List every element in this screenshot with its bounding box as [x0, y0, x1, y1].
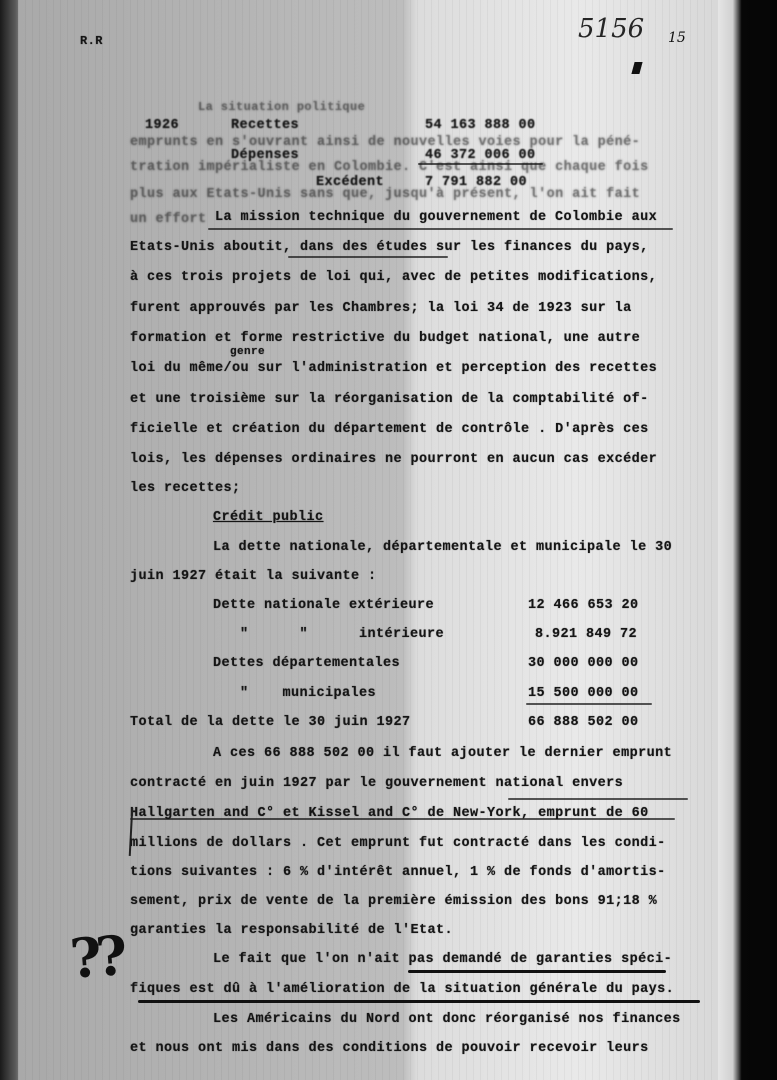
- ghost-line: emprunts en s'ouvrant ainsi de nouvelles…: [130, 135, 640, 150]
- overprint-label: Recettes: [231, 118, 299, 133]
- underline: [418, 163, 543, 165]
- paragraph-line: loi du même/ou sur l'administration et p…: [130, 361, 657, 376]
- debt-value: 8.921 849 72: [535, 627, 637, 642]
- paragraph-line: Le fait que l'on n'ait pas demandé de ga…: [213, 952, 672, 967]
- paragraph-line: Etats-Unis aboutit, dans des études sur …: [130, 240, 649, 255]
- paragraph-line: La mission technique du gouvernement de …: [215, 210, 657, 225]
- handwritten-underline: [408, 970, 666, 973]
- paragraph-line: sement, prix de vente de la première émi…: [130, 894, 657, 909]
- debt-label: " " intérieure: [240, 627, 444, 642]
- overprint-value: 7 791 882 00: [425, 175, 527, 190]
- interlinear-insert: genre: [230, 346, 265, 358]
- debt-label: Dette nationale extérieure: [213, 598, 434, 613]
- ghost-line: plus aux Etats-Unis sans que, jusqu'à pr…: [130, 187, 640, 202]
- paragraph-line: les recettes;: [130, 481, 241, 496]
- section-heading: Crédit public: [213, 510, 324, 525]
- paragraph-line: garanties la responsabilité de l'Etat.: [130, 923, 453, 938]
- debt-value: 30 000 000 00: [528, 656, 639, 671]
- ghost-line: tration impérialiste en Colombie. C'est …: [130, 160, 649, 175]
- paragraph-line: Les Américains du Nord ont donc réorgani…: [213, 1012, 681, 1027]
- ink-mark: [631, 62, 642, 74]
- paragraph-line: La dette nationale, départementale et mu…: [213, 540, 672, 555]
- strike-line: [130, 818, 675, 820]
- header-mark: R.R: [80, 34, 103, 48]
- paragraph-line: furent approuvés par les Chambres; la lo…: [130, 301, 632, 316]
- paragraph-line: fiques est dû à l'amélioration de la sit…: [130, 982, 674, 997]
- paragraph-line: lois, les dépenses ordinaires ne pourron…: [130, 452, 657, 467]
- scan-right-edge: [718, 0, 777, 1080]
- debt-total-label: Total de la dette le 30 juin 1927: [130, 715, 411, 730]
- debt-label: Dettes départementales: [213, 656, 400, 671]
- overprint-value: 46 372 006 00: [425, 148, 536, 163]
- margin-question-marks: ??: [68, 923, 124, 990]
- paragraph-line: et nous ont mis dans des conditions de p…: [130, 1041, 649, 1056]
- paragraph-line: à ces trois projets de loi qui, avec de …: [130, 270, 657, 285]
- paragraph-line: formation et forme restrictive du budget…: [130, 331, 640, 346]
- debt-value: 12 466 653 20: [528, 598, 639, 613]
- overprint-label: Excédent: [316, 175, 384, 190]
- paragraph-line: millions de dollars . Cet emprunt fut co…: [130, 836, 666, 851]
- document-page: R.R 5156 15 La situation politique empru…: [18, 0, 718, 1080]
- underline: [508, 798, 688, 800]
- ghost-line: un effort: [130, 212, 207, 227]
- handwritten-underline: [138, 1000, 700, 1003]
- sum-rule: [526, 703, 652, 705]
- debt-total-value: 66 888 502 00: [528, 715, 639, 730]
- paragraph-line: contracté en juin 1927 par le gouverneme…: [130, 776, 623, 791]
- underline: [288, 256, 448, 258]
- handwritten-page-number: 5156: [578, 14, 644, 44]
- overprint-value: 54 163 888 00: [425, 118, 536, 133]
- debt-value: 15 500 000 00: [528, 686, 639, 701]
- paragraph-line: ficielle et création du département de c…: [130, 422, 649, 437]
- debt-label: " municipales: [240, 686, 376, 701]
- faded-heading: La situation politique: [198, 100, 365, 114]
- paragraph-line: juin 1927 était la suivante :: [130, 569, 377, 584]
- overprint-year: 1926: [145, 118, 179, 133]
- paragraph-line: tions suivantes : 6 % d'intérêt annuel, …: [130, 865, 666, 880]
- paragraph-line: A ces 66 888 502 00 il faut ajouter le d…: [213, 746, 672, 761]
- overprint-label: Dépenses: [231, 148, 299, 163]
- handwritten-small-number: 15: [668, 30, 686, 46]
- underline: [208, 228, 673, 230]
- paragraph-line: et une troisième sur la réorganisation d…: [130, 392, 649, 407]
